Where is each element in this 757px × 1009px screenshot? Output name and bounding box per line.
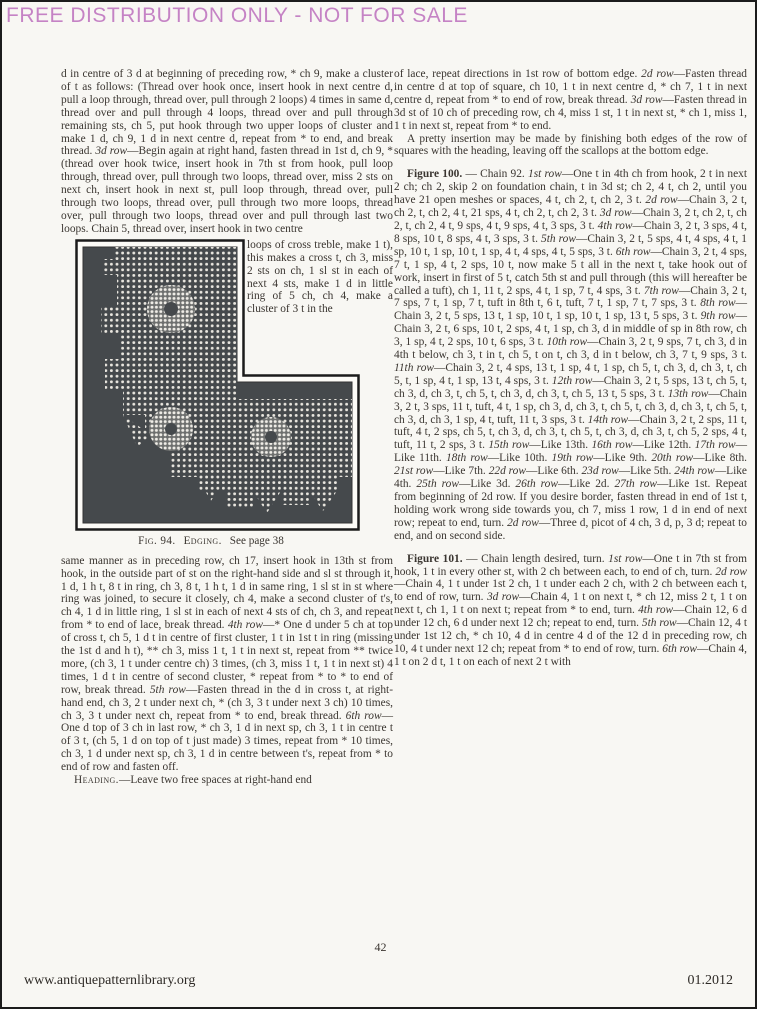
left-text-column: d in centre of 3 d at beginning of prece… [61, 68, 393, 787]
caption-title: Edging. [184, 535, 222, 547]
text-wrapped-beside-figure: loops of cross treble, make 1 t), this m… [247, 239, 393, 316]
figure-94-block: loops of cross treble, make 1 t), this m… [61, 239, 393, 531]
footer-site-url: www.antiquepatternlibrary.org [24, 973, 195, 989]
left-paragraph-2: same manner as in preceding row, ch 17, … [61, 555, 393, 774]
right-text-column: of lace, repeat directions in 1st row of… [394, 68, 747, 669]
heading-paragraph: Heading.—Leave two free spaces at right-… [61, 774, 393, 787]
caption-fig-label: Fig. 94. [138, 535, 175, 547]
left-paragraph-1: d in centre of 3 d at beginning of prece… [61, 68, 393, 236]
scanned-book-page: FREE DISTRIBUTION ONLY - NOT FOR SALE d … [0, 0, 757, 1009]
footer-date: 01.2012 [688, 973, 734, 989]
figure-100-instructions: Figure 100. — Chain 92. 1st row—One t in… [394, 168, 747, 542]
right-paragraph-2: A pretty insertion may be made by finish… [394, 133, 747, 159]
free-distribution-banner: FREE DISTRIBUTION ONLY - NOT FOR SALE [6, 4, 468, 28]
figure-101-instructions: Figure 101. — Chain length desired, turn… [394, 553, 747, 669]
page-number: 42 [2, 940, 757, 955]
figure-94-caption: Fig. 94.Edging.See page 38 [61, 535, 361, 548]
right-paragraph-1: of lace, repeat directions in 1st row of… [394, 68, 747, 133]
caption-see-page: See page 38 [230, 535, 284, 547]
